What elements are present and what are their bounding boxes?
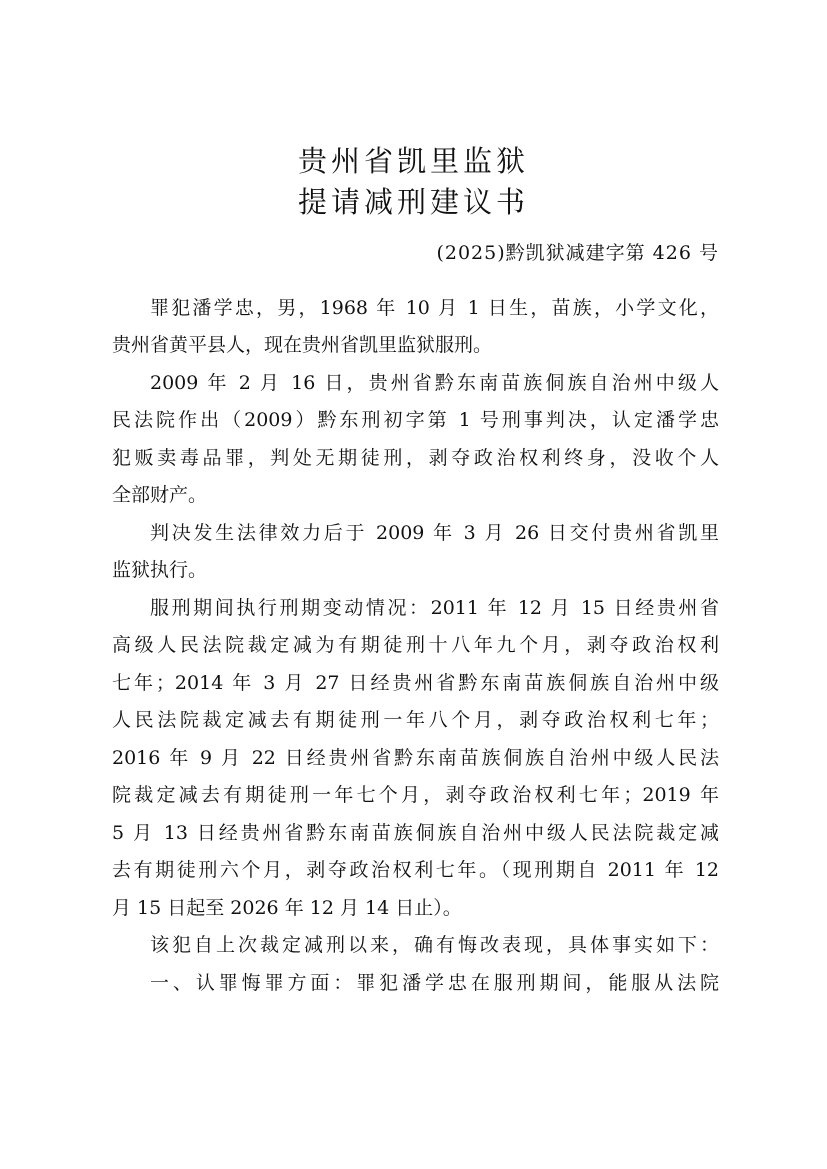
paragraph-execution-line: 判决发生法律效力后于 2009 年 3 月 26 日交付贵州省凯里 [150, 518, 719, 548]
paragraph-sentence-changes-line: 人民法院裁定减去有期徒刑一年八个月，剥夺政治权利七年； [112, 705, 719, 735]
document-number: (2025)黔凯狱减建字第 426 号 [436, 238, 719, 268]
paragraph-sentence-changes-line: 月 15 日起至 2026 年 12 月 14 日止）。 [112, 893, 719, 923]
paragraph-sentence-changes-line: 院裁定减去有期徒刑一年七个月，剥夺政治权利七年；2019 年 [112, 780, 719, 810]
paragraph-judgment-line: 全部财产。 [112, 480, 719, 510]
section-one-heading-line: 一、认罪悔罪方面：罪犯潘学忠在服刑期间，能服从法院 [150, 968, 719, 998]
paragraph-judgment-line: 2009 年 2 月 16 日，贵州省黔东南苗族侗族自治州中级人 [150, 368, 719, 398]
paragraph-offender-info-line: 贵州省黄平县人，现在贵州省凯里监狱服刑。 [112, 330, 719, 360]
paragraph-offender-info-line: 罪犯潘学忠，男，1968 年 10 月 1 日生，苗族，小学文化， [150, 293, 719, 323]
paragraph-sentence-changes-line: 2016 年 9 月 22 日经贵州省黔东南苗族侗族自治州中级人民法 [112, 743, 719, 773]
paragraph-remorse-intro-line: 该犯自上次裁定减刑以来，确有悔改表现，具体事实如下： [150, 930, 719, 960]
paragraph-sentence-changes-line: 七年；2014 年 3 月 27 日经贵州省黔东南苗族侗族自治州中级 [112, 668, 719, 698]
paragraph-sentence-changes-line: 5 月 13 日经贵州省黔东南苗族侗族自治州中级人民法院裁定减 [112, 818, 719, 848]
title-document-type: 提请减刑建议书 [0, 184, 827, 220]
paragraph-judgment-line: 犯贩卖毒品罪，判处无期徒刑，剥夺政治权利终身，没收个人 [112, 443, 719, 473]
paragraph-judgment-line: 民法院作出（2009）黔东刑初字第 1 号刑事判决，认定潘学忠 [112, 405, 719, 435]
paragraph-execution-line: 监狱执行。 [112, 555, 719, 585]
paragraph-sentence-changes-line: 服刑期间执行刑期变动情况：2011 年 12 月 15 日经贵州省 [150, 593, 719, 623]
title-institution: 贵州省凯里监狱 [0, 143, 827, 179]
document-page: 贵州省凯里监狱 提请减刑建议书 (2025)黔凯狱减建字第 426 号 罪犯潘学… [0, 0, 827, 1169]
paragraph-sentence-changes-line: 去有期徒刑六个月，剥夺政治权利七年。（现刑期自 2011 年 12 [112, 855, 719, 885]
paragraph-sentence-changes-line: 高级人民法院裁定减为有期徒刑十八年九个月，剥夺政治权利 [112, 630, 719, 660]
